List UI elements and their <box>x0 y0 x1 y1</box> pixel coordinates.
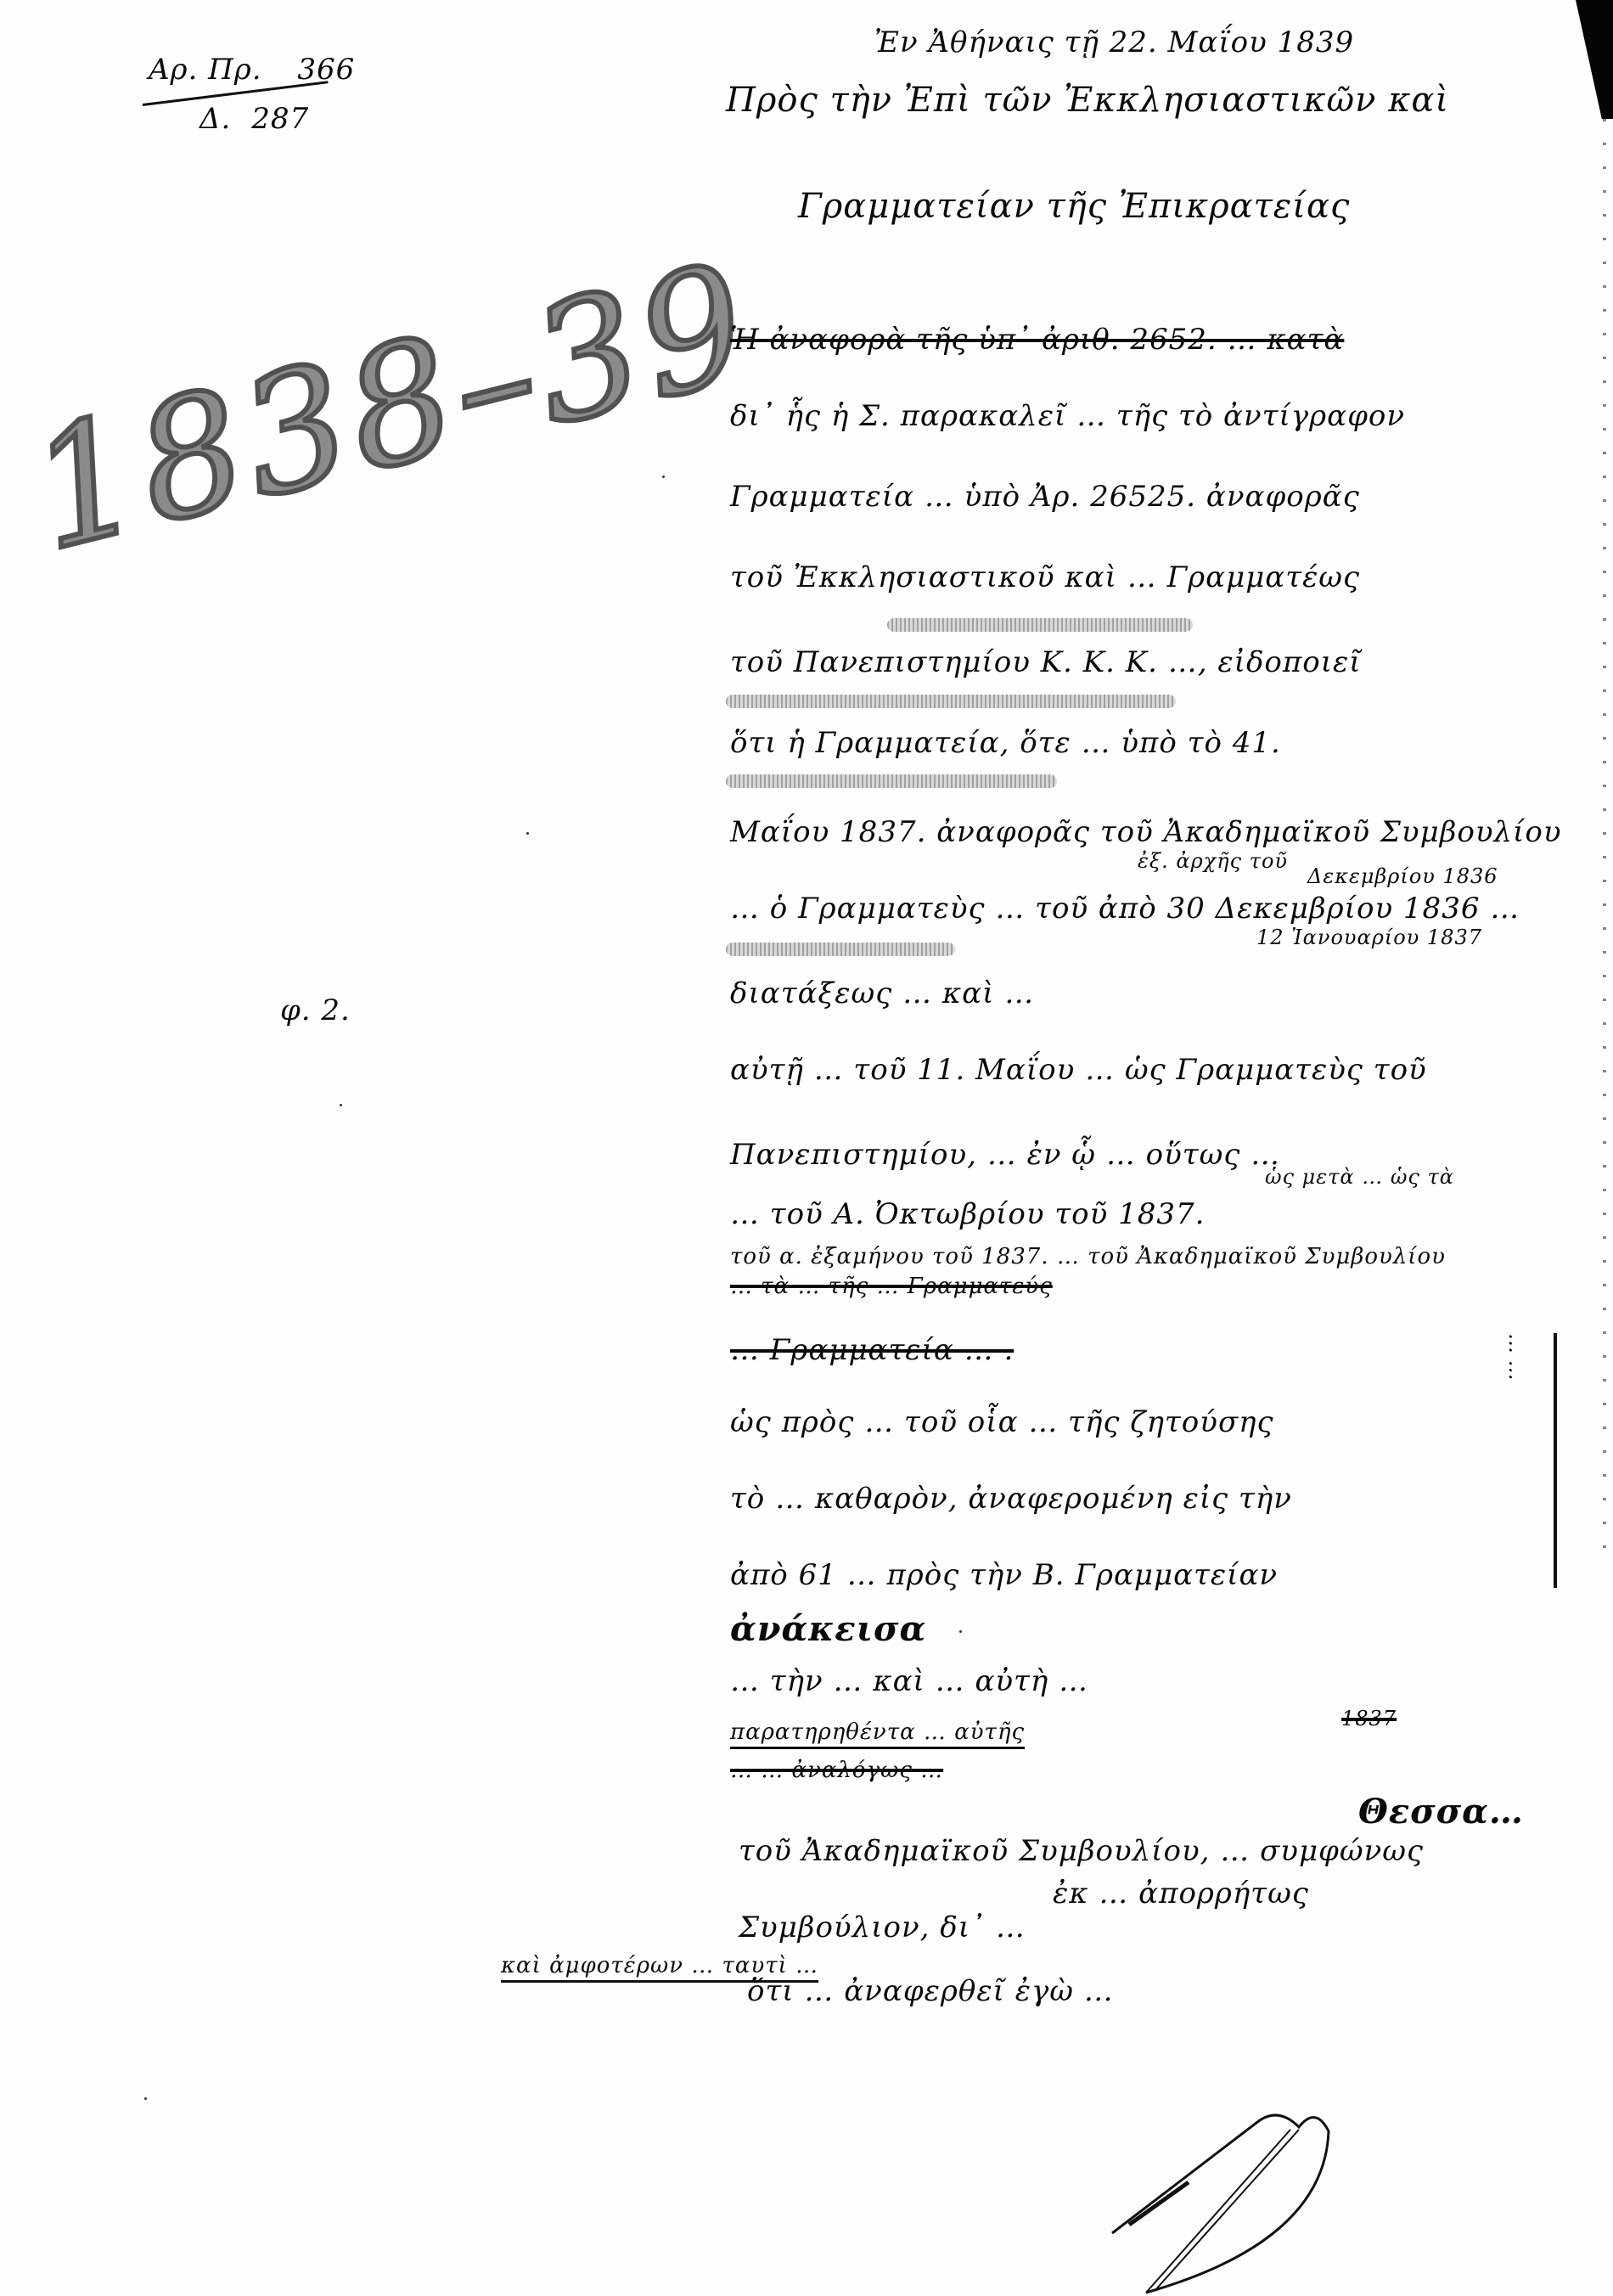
body-line: ὅτι ἡ Γραμματεία, ὅτε … ὑπὸ τὸ 41. <box>730 726 1281 760</box>
body-line: τοῦ α. ἐξαμήνου τοῦ 1837. … τοῦ Ἀκαδημαϊ… <box>730 1244 1446 1269</box>
manuscript-page: Αρ. Πρ. 366 Δ. 287 1838–39 φ. 2. Ἐν Ἀθήν… <box>0 0 1613 2296</box>
body-line: … τὴν … καὶ … αὐτὴ … <box>730 1664 1088 1698</box>
insertion: 12 Ἰανουαρίου 1837 <box>1256 926 1482 949</box>
body-line: … ὁ Γραμματεὺς … τοῦ ἀπὸ 30 Δεκεμβρίου 1… <box>730 892 1520 926</box>
body-line: Γραμματεία … ὑπὸ Ἀρ. 26525. ἀναφορᾶς <box>730 480 1360 514</box>
body-line: Συμβούλιον, δι᾽ … <box>739 1911 1026 1944</box>
body-line: τοῦ Πανεπιστημίου Κ. Κ. Κ. …, εἰδοποιεῖ <box>730 645 1362 679</box>
pencil-underline <box>887 618 1193 632</box>
scan-speck <box>959 1630 962 1633</box>
insertion: Θεσσα… <box>1358 1792 1524 1832</box>
body-line: ὅτι … ἀναφερθεῖ ἐγὼ … <box>747 1974 1114 2008</box>
pencil-underline <box>726 695 1176 708</box>
margin-bracket <box>1554 1333 1557 1588</box>
insertion: ἐξ. ἀρχῆς τοῦ <box>1138 849 1288 873</box>
scan-speck <box>526 832 529 835</box>
pencil-underline <box>726 774 1057 788</box>
folio-mark: φ. 2. <box>280 993 351 1027</box>
insertion: 1837 <box>1341 1707 1397 1730</box>
margin-note: … … <box>1504 1333 1528 1588</box>
insertion: ἀνάκεισα <box>730 1609 926 1649</box>
signature-flourish-icon <box>1095 2021 1375 2296</box>
pencil-underline <box>726 943 955 956</box>
body-line: διατάξεως … καὶ … <box>730 976 1034 1010</box>
body-line: τοῦ Ἐκκλησιαστικοῦ καὶ … Γραμματέως <box>730 560 1360 594</box>
scan-speck <box>662 476 665 478</box>
registry-sub: Δ. 287 <box>200 102 309 136</box>
body-line: ἀπὸ 61 … πρὸς τὴν Β. Γραμματείαν <box>730 1558 1278 1592</box>
addressee-line-2: Γραμματείαν τῆς Ἐπικρατείας <box>798 187 1350 226</box>
registry-sub-number: 287 <box>251 102 309 136</box>
body-line: … … ἀναλόγως … <box>730 1758 943 1783</box>
insertion: Δεκεμβρίου 1836 <box>1307 864 1498 888</box>
body-line: αὐτῇ … τοῦ 11. Μαΐου … ὡς Γραμματεὺς τοῦ <box>730 1053 1427 1087</box>
body-line: τὸ … καθαρὸν, ἀναφερομένη εἰς τὴν <box>730 1482 1292 1516</box>
body-line: Πανεπιστημίου, … ἐν ᾧ … οὕτως … <box>730 1138 1280 1172</box>
scan-corner-shadow <box>1576 0 1613 119</box>
body-line: δι᾽ ἧς ἡ Σ. παρακαλεῖ … τῆς τὸ ἀντίγραφο… <box>730 399 1405 433</box>
body-line: τοῦ Ἀκαδημαϊκοῦ Συμβουλίου, … συμφώνως <box>739 1834 1424 1868</box>
body-line: … τοῦ Α. Ὀκτωβρίου τοῦ 1837. <box>730 1197 1205 1231</box>
body-line: ὡς πρὸς … τοῦ οἷα … τῆς ζητούσης <box>730 1405 1274 1439</box>
scan-speck <box>144 2097 147 2100</box>
body-line: Ἡ ἀναφορὰ τῆς ὑπ᾽ ἀριθ. 2652. … κατὰ <box>730 323 1344 357</box>
archive-year-mark: 1838–39 <box>14 228 770 587</box>
body-line: … Γραμματεία … . <box>730 1333 1014 1367</box>
body-line: … τὰ … τῆς … Γραμματεύς <box>730 1274 1053 1299</box>
scan-edge-speckle <box>1603 119 1606 1562</box>
insertion: ὡς μετὰ … ὡς τὰ <box>1265 1165 1454 1189</box>
insertion: ἐκ … ἀπορρήτως <box>1053 1877 1309 1911</box>
registry-protocol-label: Αρ. Πρ. <box>149 53 262 87</box>
body-line: Μαΐου 1837. ἀναφορᾶς τοῦ Ἀκαδημαϊκοῦ Συμ… <box>730 815 1562 849</box>
addressee-line-1: Πρὸς τὴν Ἐπὶ τῶν Ἐκκλησιαστικῶν καὶ <box>726 81 1449 120</box>
body-line: παρατηρηθέντα … αὐτῆς <box>730 1719 1025 1749</box>
registry-sub-label: Δ. <box>200 102 231 136</box>
dateline: Ἐν Ἀθήναις τῇ 22. Μαΐου 1839 <box>874 25 1354 59</box>
scan-speck <box>340 1104 342 1106</box>
